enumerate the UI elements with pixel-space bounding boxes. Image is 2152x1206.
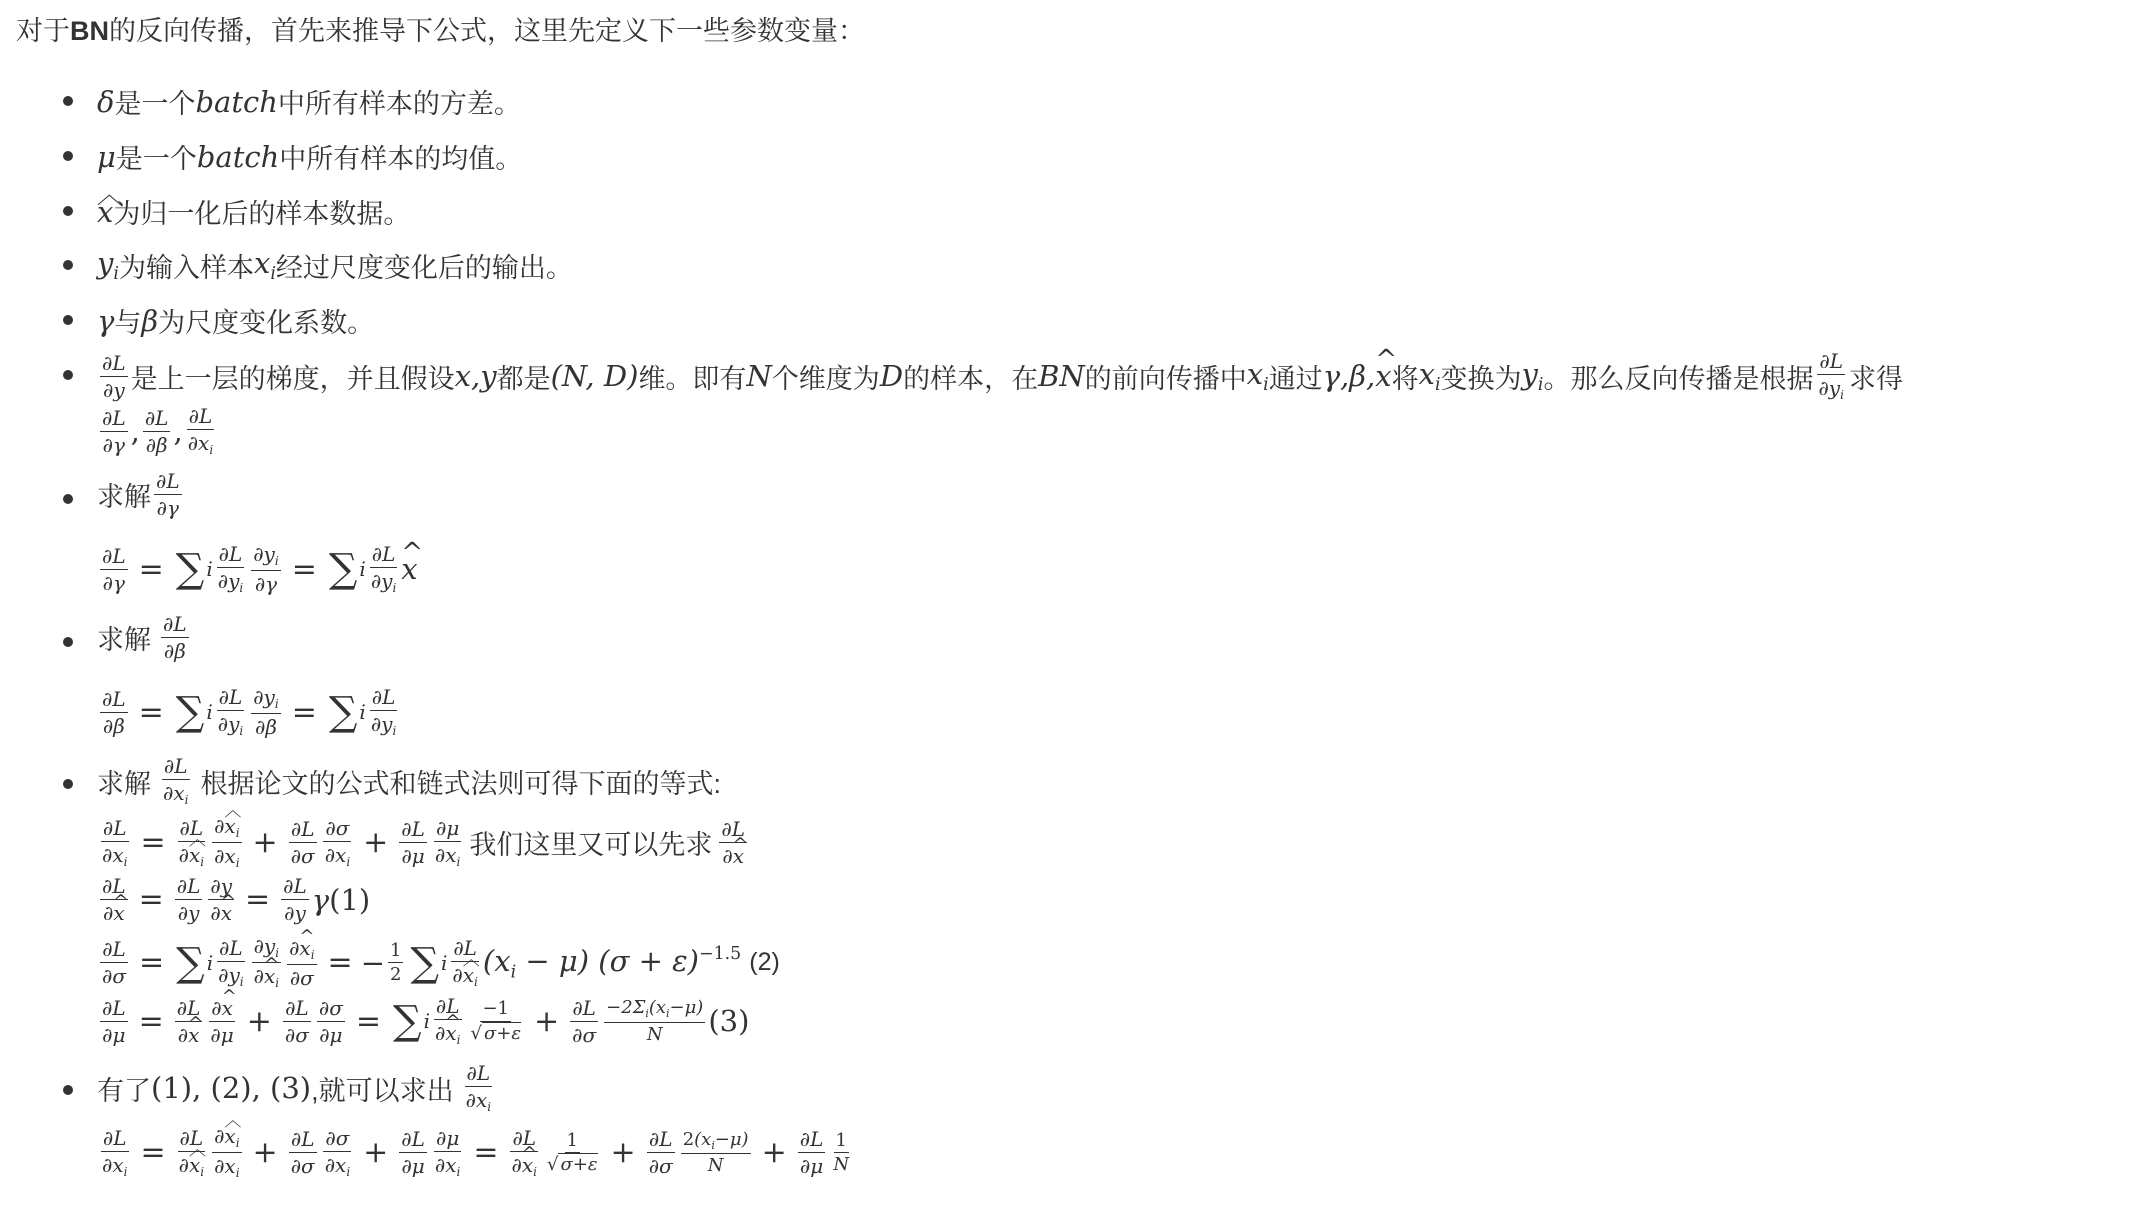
- math-symbol: (1), (2), (3): [151, 1071, 311, 1105]
- equation-tag: (3): [708, 1004, 749, 1038]
- def-text: 经过尺度变化后的输出。: [276, 246, 573, 285]
- text: 。那么反向传播是根据: [1543, 357, 1813, 396]
- bullet-icon: [63, 494, 73, 504]
- bullet-icon: [63, 96, 73, 106]
- math-symbol: (N, D): [551, 359, 639, 393]
- equation-dL-dbeta: ∂L∂β =∑i ∂L∂yi ∂yi∂β =∑i ∂L∂yi: [97, 686, 401, 738]
- def-text: 为输入样本: [119, 246, 254, 285]
- text: 的前向传播中: [1085, 357, 1247, 396]
- fraction: ∂L∂y: [100, 352, 128, 401]
- text: 求解: [97, 475, 151, 514]
- equation-dL-dmu: ∂L∂μ = ∂L∂x ∂x∂μ + ∂L∂σ ∂σ∂μ =∑i ∂L∂xi −…: [97, 995, 749, 1047]
- def-text: 中所有样本的均值。: [279, 137, 522, 176]
- math-symbol: γ,β,: [1323, 359, 1376, 393]
- solve-beta-item: 求解 ∂L∂β: [97, 613, 192, 662]
- intro-prefix: 对于: [16, 16, 70, 46]
- def-text: 是一个: [114, 82, 195, 121]
- fraction: ∂L∂γ: [100, 407, 128, 456]
- math-symbol: δ: [97, 85, 114, 119]
- math-symbol: N: [746, 359, 771, 393]
- equation-tag: (1): [329, 883, 370, 917]
- math-symbol: γ: [97, 304, 114, 338]
- solve-x-item: 求解 ∂L∂xi 根据论文的公式和链式法则可得下面的等式:: [97, 755, 721, 807]
- equation-dL-dgamma: ∂L∂γ =∑i ∂L∂yi ∂yi∂γ =∑i ∂L∂yi x: [97, 543, 418, 595]
- bullet-icon: [63, 151, 73, 161]
- intro-bold-bn: BN: [70, 16, 109, 46]
- math-symbol: β: [141, 304, 158, 338]
- def-text: 是一个: [116, 137, 197, 176]
- math-symbol: D: [880, 359, 903, 393]
- final-item: 有了 (1), (2), (3),就可以求出 ∂L∂xi: [97, 1062, 496, 1114]
- math-symbol: batch: [197, 140, 279, 174]
- gradient-item: ∂L∂y 是上一层的梯度，并且假设x,y都是(N, D)维。即有N个维度为D的样…: [97, 350, 1903, 402]
- math-symbol: BN: [1038, 359, 1085, 393]
- def-item-delta: δ是一个batch中所有样本的方差。: [97, 82, 521, 121]
- def-item-yi: yi为输入样本 xi经过尺度变化后的输出。: [97, 246, 573, 285]
- solve-gamma-item: 求解 ∂L∂γ: [97, 470, 185, 519]
- text: 都是: [497, 357, 551, 396]
- equation-dL-dxhat: ∂L∂x = ∂L∂y ∂y∂x = ∂L∂y γ(1): [97, 875, 370, 924]
- math-symbol: xi: [254, 246, 276, 284]
- math-symbol: μ: [97, 140, 116, 174]
- text: 根据论文的公式和链式法则可得下面的等式:: [200, 762, 721, 801]
- text: 变换为: [1441, 357, 1522, 396]
- fraction: ∂L∂xi: [186, 405, 215, 457]
- bullet-icon: [63, 1085, 73, 1095]
- bullet-icon: [63, 779, 73, 789]
- math-symbol: batch: [195, 85, 277, 119]
- bullet-icon: [63, 370, 73, 380]
- fraction: ∂L∂yi: [1816, 350, 1845, 402]
- def-text: 中所有样本的方差。: [278, 82, 521, 121]
- def-text: 为归一化后的样本数据。: [113, 192, 410, 231]
- text: 的样本，在: [903, 357, 1038, 396]
- math-symbol: yi: [97, 246, 119, 284]
- text: 维。即有: [638, 357, 746, 396]
- text: 是上一层的梯度，并且假设: [131, 357, 455, 396]
- bullet-icon: [63, 315, 73, 325]
- text: 我们这里又可以先求: [469, 823, 712, 862]
- math-symbol: x,y: [455, 359, 497, 393]
- text: ,就可以求出: [311, 1069, 454, 1108]
- equation-dL-dxi: ∂L∂xi = ∂L∂xi ∂xi∂xi + ∂L∂σ ∂σ∂xi + ∂L∂μ…: [97, 815, 750, 871]
- bullet-icon: [63, 637, 73, 647]
- def-item-xhat: x为归一化后的样本数据。: [97, 192, 410, 231]
- def-item-gamma-beta: γ与β为尺度变化系数。: [97, 301, 374, 340]
- fraction: ∂L∂β: [143, 407, 171, 456]
- math-symbol: x: [1375, 359, 1391, 393]
- intro-paragraph: 对于BN的反向传播，首先来推导下公式，这里先定义下一些参数变量：: [16, 14, 865, 48]
- equation-dL-dsigma: ∂L∂σ =∑i ∂L∂yi ∂yi∂xi ∂xi∂σ =− 12 ∑i ∂L∂…: [97, 935, 780, 991]
- def-text: 为尺度变化系数。: [158, 301, 374, 340]
- text: 个维度为: [772, 357, 880, 396]
- math-symbol: xi: [1419, 357, 1441, 395]
- text: 有了: [97, 1069, 151, 1108]
- equation-final: ∂L∂xi = ∂L∂xi ∂xi∂xi + ∂L∂σ ∂σ∂xi + ∂L∂μ…: [97, 1125, 854, 1181]
- math-symbol: x: [97, 195, 113, 229]
- text: 求得: [1849, 357, 1903, 396]
- fraction: ∂L∂γ: [154, 470, 182, 519]
- math-symbol: yi: [1522, 357, 1544, 395]
- math-symbol: xi: [1247, 357, 1269, 395]
- text: 求解: [97, 762, 151, 801]
- gradient-targets: ∂L∂γ, ∂L∂β, ∂L∂xi: [97, 405, 218, 457]
- equation-tag: (2): [749, 948, 780, 977]
- bullet-icon: [63, 260, 73, 270]
- bullet-icon: [63, 206, 73, 216]
- def-item-mu: μ是一个batch中所有样本的均值。: [97, 137, 522, 176]
- text: 通过: [1269, 357, 1323, 396]
- def-text: 与: [114, 301, 141, 340]
- intro-suffix: 的反向传播，首先来推导下公式，这里先定义下一些参数变量：: [109, 16, 865, 46]
- text: 求解: [97, 618, 151, 657]
